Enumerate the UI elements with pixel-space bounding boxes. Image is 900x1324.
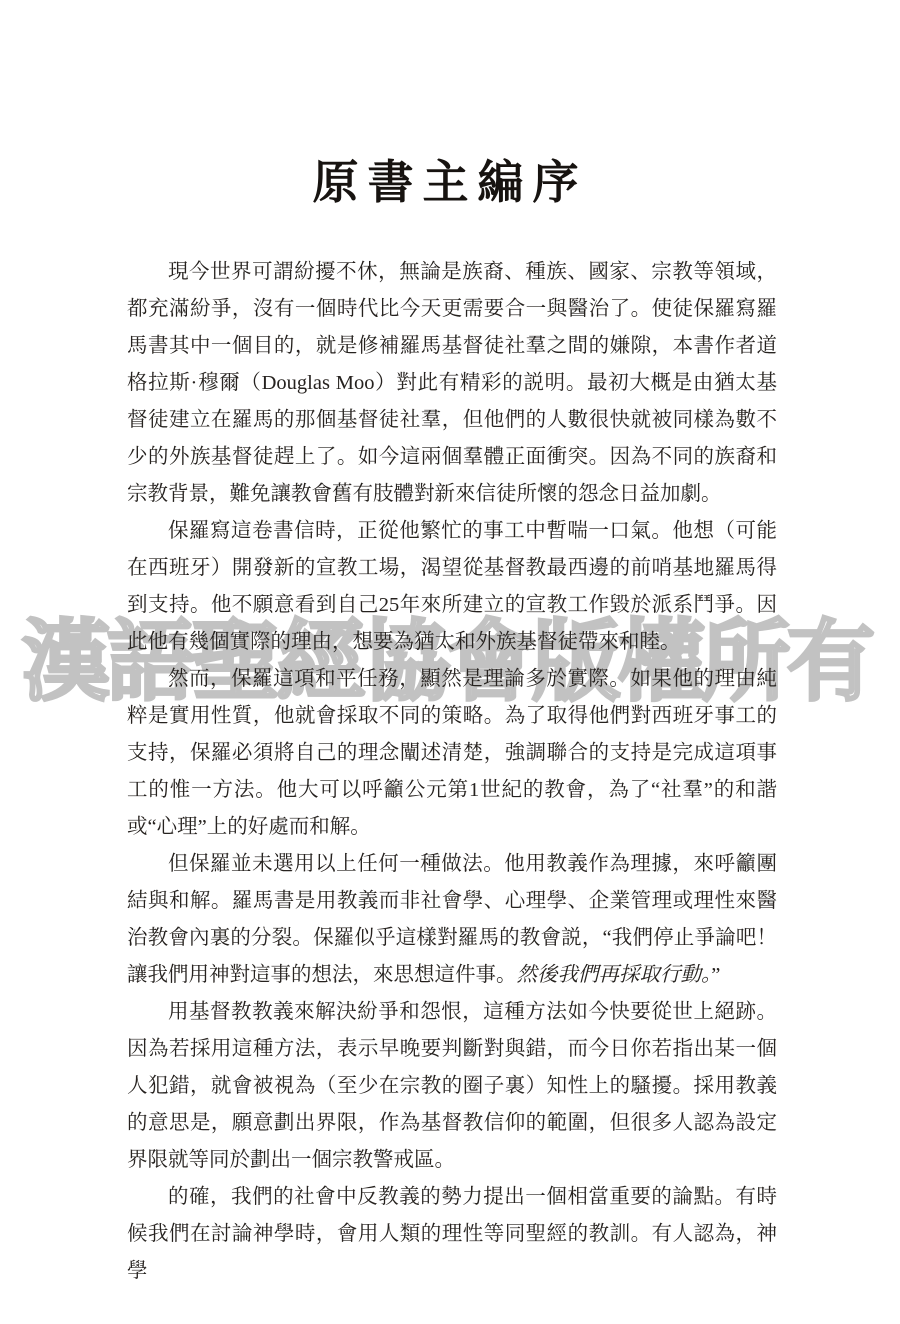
paragraph-4: 但保羅並未選用以上任何一種做法。他用教義作為理據，來呼籲團結與和解。羅馬書是用教… bbox=[127, 846, 777, 994]
paragraph-1: 現今世界可謂紛擾不休，無論是族裔、種族、國家、宗教等領域，都充滿紛爭，沒有一個時… bbox=[127, 254, 777, 513]
paragraph-6: 的確，我們的社會中反教義的勢力提出一個相當重要的論點。有時候我們在討論神學時，會… bbox=[127, 1179, 777, 1290]
paragraph-2: 保羅寫這卷書信時，正從他繁忙的事工中暫喘一口氣。他想（可能在西班牙）開發新的宣教… bbox=[127, 513, 777, 661]
paragraph-5: 用基督教教義來解決紛爭和怨恨，這種方法如今快要從世上絕跡。因為若採用這種方法，表… bbox=[127, 994, 777, 1179]
page-title: 原書主編序 bbox=[0, 146, 900, 212]
book-page: 原書主編序 漢語聖經協會版權所有 現今世界可謂紛擾不休，無論是族裔、種族、國家、… bbox=[0, 0, 900, 1324]
body-text: 現今世界可謂紛擾不休，無論是族裔、種族、國家、宗教等領域，都充滿紛爭，沒有一個時… bbox=[127, 254, 777, 1290]
paragraph-3: 然而，保羅這項和平任務，顯然是理論多於實際。如果他的理由純粹是實用性質，他就會採… bbox=[127, 661, 777, 846]
paragraph-4-run-closing-quote: ” bbox=[711, 964, 720, 986]
paragraph-4-run-italic: 然後我們再採取行動。 bbox=[517, 964, 712, 986]
